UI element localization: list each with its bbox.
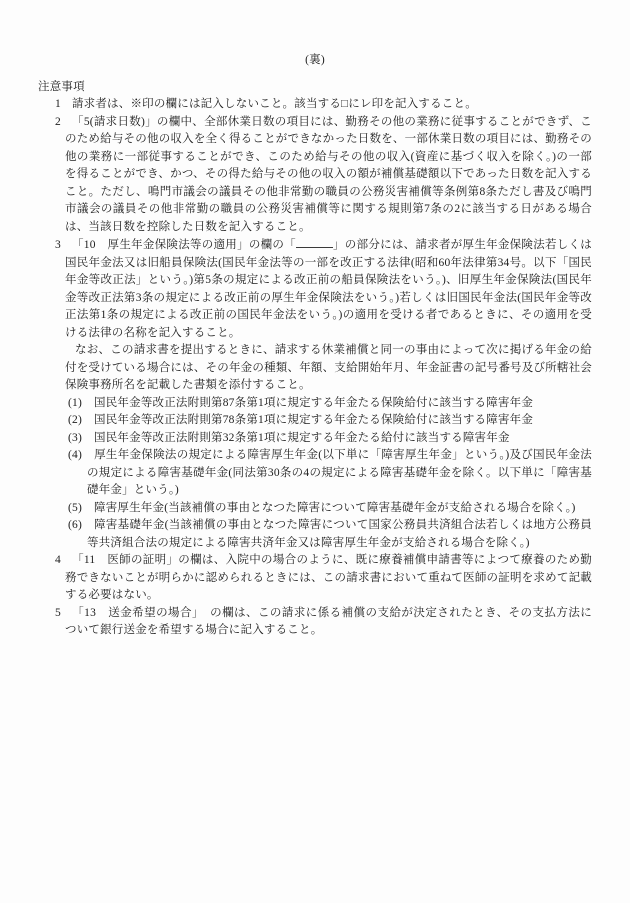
note-paragraph: 4「11 医師の証明」の欄は、入院中の場合のように、既に療養補償申請書等によつて… — [65, 552, 592, 605]
note-sub-list: (1)国民年金等改正法附則第87条第1項に規定する年金たる保険給付に該当する障害… — [65, 395, 592, 553]
sub-item-number: (1) — [68, 397, 82, 409]
note-text-before-blank: 「10 厚生年金保険法等の適用」の欄の「 — [72, 239, 296, 251]
note-number: 4 — [55, 554, 61, 566]
sub-item-number: (6) — [68, 519, 82, 531]
notes-heading: 注意事項 — [38, 79, 592, 97]
note-sub-item: (5)障害厚生年金(当該補償の事由となつた障害について障害基礎年金が支給される場… — [87, 500, 592, 518]
note-number: 3 — [55, 239, 61, 251]
note-item-3: 3「10 厚生年金保険法等の適用」の欄の「」の部分には、請求者が厚生年金保険法若… — [38, 236, 592, 552]
note-sub-item: (3)国民年金等改正法附則第32条第1項に規定する年金たる給付に該当する障害年金 — [87, 430, 592, 448]
note-paragraph: 1請求者は、※印の欄には記入しないこと。該当する□にレ印を記入すること。 — [65, 96, 592, 114]
note-text: 「5(請求日数)」の欄中、全部休業日数の項目には、勤務その他の業務に従事すること… — [65, 116, 592, 233]
note-paragraph: 2「5(請求日数)」の欄中、全部休業日数の項目には、勤務その他の業務に従事するこ… — [65, 114, 592, 237]
note-paragraph: 5「13 送金希望の場合」 の欄は、この請求に係る補償の支給が決定されたとき、そ… — [65, 605, 592, 640]
sub-item-text: 厚生年金保険法の規定による障害厚生年金(以下単に「障害厚生年金」という。)及び国… — [87, 449, 592, 496]
note-sub-item: (1)国民年金等改正法附則第87条第1項に規定する年金たる保険給付に該当する障害… — [87, 395, 592, 413]
sub-item-text: 国民年金等改正法附則第78条第1項に規定する年金たる保険給付に該当する障害年金 — [94, 414, 533, 426]
sub-item-number: (2) — [68, 414, 82, 426]
sub-item-number: (3) — [68, 432, 82, 444]
note-supplement-paragraph: なお、この請求書を提出するときに、請求する休業補償と同一の事由によって次に掲げる… — [65, 342, 592, 395]
page-side-label: (裏) — [38, 52, 592, 70]
note-item-1: 1請求者は、※印の欄には記入しないこと。該当する□にレ印を記入すること。 — [38, 96, 592, 114]
sub-item-number: (4) — [68, 449, 82, 461]
note-sub-item: (4)厚生年金保険法の規定による障害厚生年金(以下単に「障害厚生年金」という。)… — [87, 447, 592, 500]
sub-item-number: (5) — [68, 502, 82, 514]
note-item-4: 4「11 医師の証明」の欄は、入院中の場合のように、既に療養補償申請書等によつて… — [38, 552, 592, 605]
note-number: 2 — [55, 116, 61, 128]
note-paragraph: 3「10 厚生年金保険法等の適用」の欄の「」の部分には、請求者が厚生年金保険法若… — [65, 236, 592, 342]
note-item-5: 5「13 送金希望の場合」 の欄は、この請求に係る補償の支給が決定されたとき、そ… — [38, 605, 592, 640]
note-number: 1 — [55, 98, 61, 110]
sub-item-text: 国民年金等改正法附則第32条第1項に規定する年金たる給付に該当する障害年金 — [94, 432, 510, 444]
note-text: 「11 医師の証明」の欄は、入院中の場合のように、既に療養補償申請書等によつて療… — [65, 554, 592, 601]
note-text: 「13 送金希望の場合」 の欄は、この請求に係る補償の支給が決定されたとき、その… — [65, 607, 592, 637]
note-sub-item: (2)国民年金等改正法附則第78条第1項に規定する年金たる保険給付に該当する障害… — [87, 412, 592, 430]
sub-item-text: 障害基礎年金(当該補償の事由となつた障害について国家公務員共済組合法若しくは地方… — [87, 519, 592, 549]
document-page: (裏) 注意事項 1請求者は、※印の欄には記入しないこと。該当する□にレ印を記入… — [0, 0, 630, 903]
note-text: 請求者は、※印の欄には記入しないこと。該当する□にレ印を記入すること。 — [72, 98, 477, 110]
note-sub-item: (6)障害基礎年金(当該補償の事由となつた障害について国家公務員共済組合法若しく… — [87, 517, 592, 552]
note-number: 5 — [55, 607, 61, 619]
sub-item-text: 障害厚生年金(当該補償の事由となつた障害について障害基礎年金が支給される場合を除… — [94, 502, 576, 514]
blank-underline — [296, 236, 333, 248]
note-item-2: 2「5(請求日数)」の欄中、全部休業日数の項目には、勤務その他の業務に従事するこ… — [38, 114, 592, 237]
note-text-after-blank: 」の部分には、請求者が厚生年金保険法若しくは国民年金法又は旧船員保険法(国民年金… — [65, 239, 592, 339]
sub-item-text: 国民年金等改正法附則第87条第1項に規定する年金たる保険給付に該当する障害年金 — [94, 397, 533, 409]
